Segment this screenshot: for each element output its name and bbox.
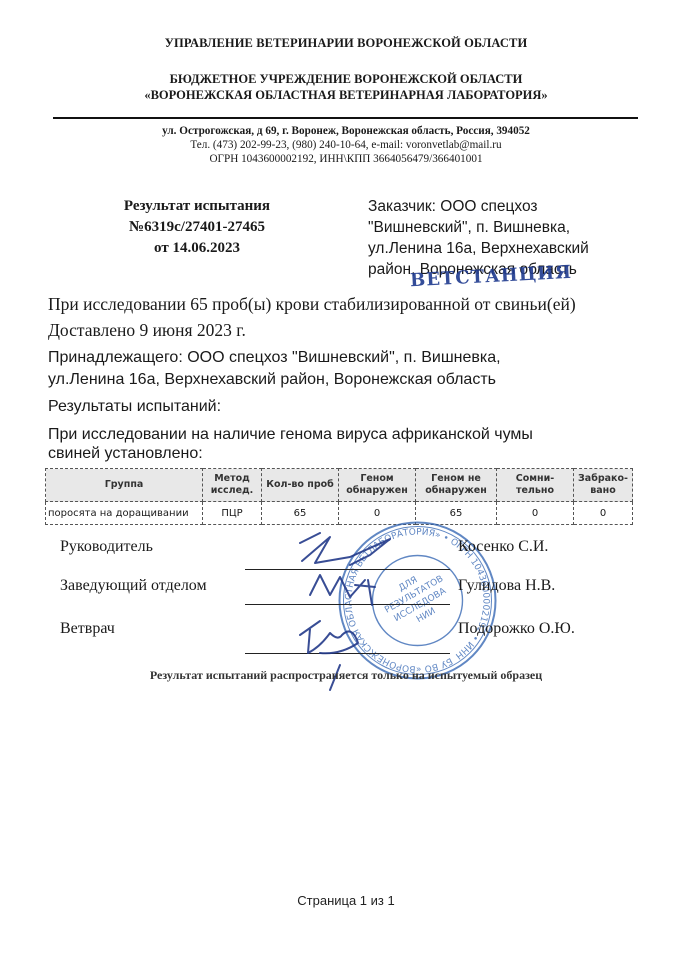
signature-name: Косенко С.И. [458, 538, 548, 556]
column-header-genome-not-found: Геном не обнаружен [416, 469, 497, 502]
column-header-sample-count: Кол-во проб [262, 469, 339, 502]
cell-rejected: 0 [574, 502, 633, 525]
organization-line-1: БЮДЖЕТНОЕ УЧРЕЖДЕНИЕ ВОРОНЕЖСКОЙ ОБЛАСТИ [0, 72, 692, 87]
table-header-row: Группа Метод исслед. Кол-во проб Геном о… [46, 469, 633, 502]
samples-statement: При исследовании 65 проб(ы) крови стабил… [48, 293, 576, 315]
result-date: от 14.06.2023 [92, 238, 302, 259]
column-header-group: Группа [46, 469, 203, 502]
results-table: Группа Метод исслед. Кол-во проб Геном о… [45, 468, 633, 525]
signature-line [245, 569, 450, 570]
column-header-genome-found: Геном обнаружен [339, 469, 416, 502]
cell-doubtful: 0 [497, 502, 574, 525]
owner-line-1: Принадлежащего: ООО спецхоз "Вишневский"… [48, 347, 501, 369]
customer-line: Заказчик: ООО спецхоз [368, 196, 648, 217]
page-number: Страница 1 из 1 [0, 893, 692, 908]
customer-line: ул.Ленина 16а, Верхнехавский [368, 238, 648, 259]
result-title: Результат испытания [92, 196, 302, 217]
organization-contacts: Тел. (473) 202-99-23, (980) 240-10-64, e… [0, 138, 692, 152]
results-heading: Результаты испытаний: [48, 396, 221, 418]
signature-name: Подорожко О.Ю. [458, 620, 575, 638]
signature-line [245, 653, 450, 654]
signature-role: Руководитель [60, 538, 153, 556]
signature-role: Ветврач [60, 620, 115, 638]
owner-line-2: ул.Ленина 16а, Верхнехавский район, Воро… [48, 369, 496, 391]
study-statement-2: свиней установлено: [48, 443, 203, 465]
column-header-method: Метод исслед. [203, 469, 262, 502]
organization-line-2: «ВОРОНЕЖСКАЯ ОБЛАСТНАЯ ВЕТЕРИНАРНАЯ ЛАБО… [0, 88, 692, 103]
customer-line: "Вишневский", п. Вишневка, [368, 217, 648, 238]
column-header-doubtful: Сомни-тельно [497, 469, 574, 502]
signature-name: Гулидова Н.В. [458, 577, 555, 595]
signature-role: Заведующий отделом [60, 577, 207, 595]
cell-method: ПЦР [203, 502, 262, 525]
organization-address: ул. Острогожская, д 69, г. Воронеж, Воро… [0, 124, 692, 138]
organization-registration: ОГРН 1043600002192, ИНН\КПП 3664056479/3… [0, 152, 692, 166]
delivery-date: Доставлено 9 июня 2023 г. [48, 319, 246, 341]
result-title-block: Результат испытания №6319с/27401-27465 о… [92, 196, 302, 259]
header-divider [53, 117, 638, 119]
cell-group: поросята на доращивании [46, 502, 203, 525]
result-number: №6319с/27401-27465 [92, 217, 302, 238]
validity-footnote: Результат испытаний распространяется тол… [0, 668, 692, 683]
department-heading: УПРАВЛЕНИЕ ВЕТЕРИНАРИИ ВОРОНЕЖСКОЙ ОБЛАС… [0, 36, 692, 51]
signature-line [245, 604, 450, 605]
column-header-rejected: Забрако-вано [574, 469, 633, 502]
cell-sample-count: 65 [262, 502, 339, 525]
